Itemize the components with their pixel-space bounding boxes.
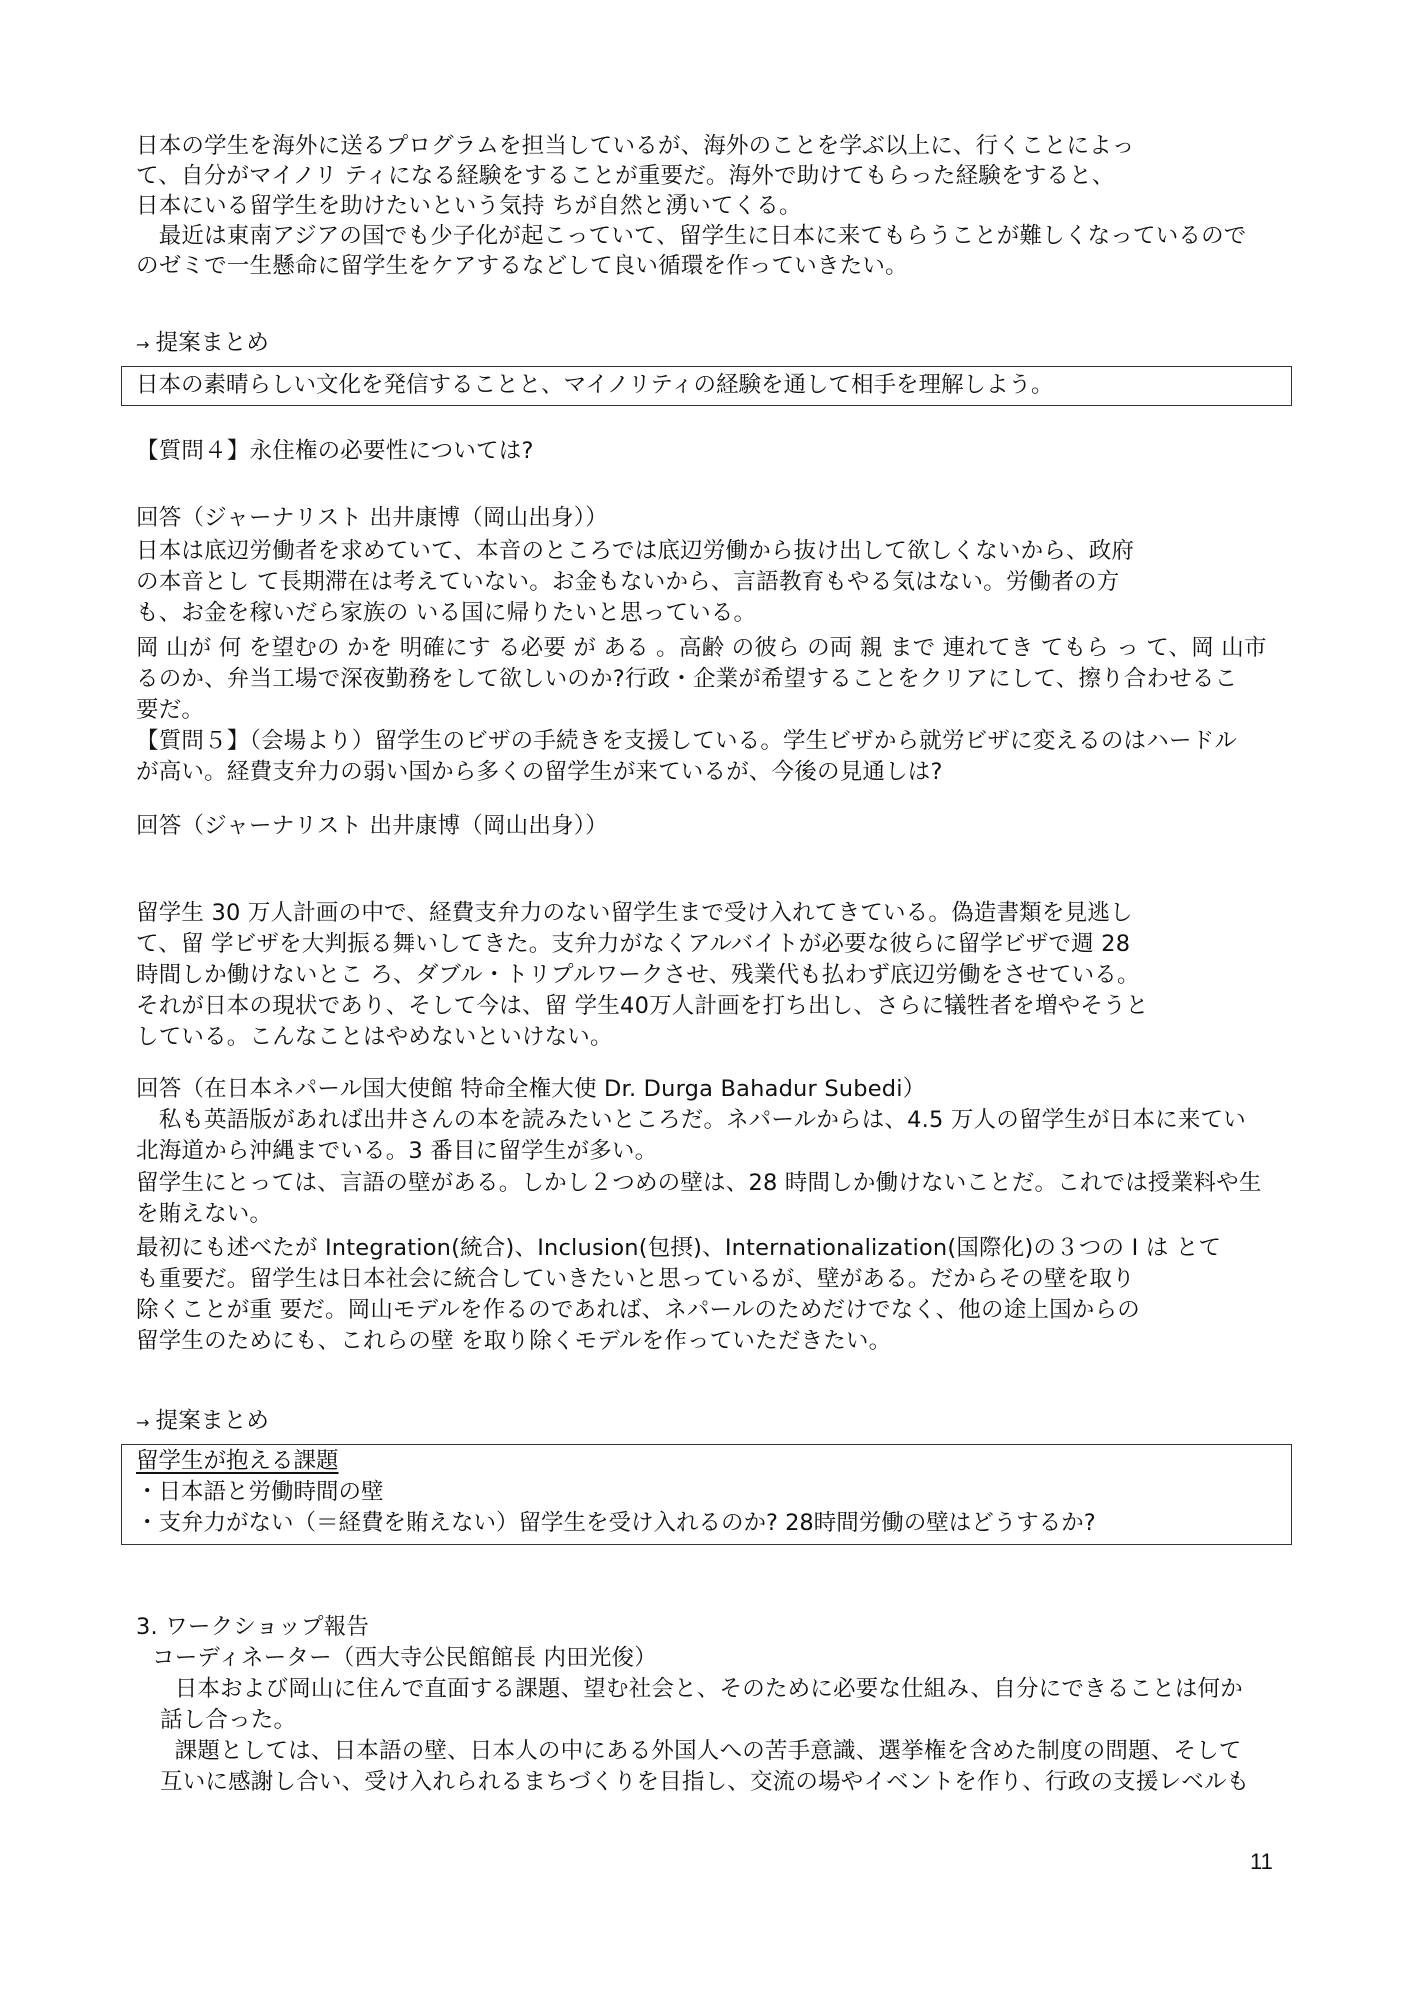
answer-label: 回答（ジャーナリスト 出井康博（岡山出身）） — [136, 811, 608, 841]
summary-heading-label: 提案まとめ — [156, 330, 270, 356]
paragraph-line: 日本および岡山に住んで直面する課題、望む社会と、そのために必要な仕組み、自分にで… — [152, 1674, 1243, 1704]
paragraph-line: 話し合った。 — [160, 1705, 296, 1735]
answer-label: 回答（在日本ネパール国大使館 特命全権大使 Dr. Durga Bahadur … — [136, 1074, 925, 1104]
question-title: 【質問４】永住権の必要性については? — [136, 436, 534, 466]
paragraph-line: 岡 山が 何 を望むの かを 明確にす る必要 が ある 。高齢 の彼ら の両 … — [136, 633, 1267, 663]
paragraph-line: て、留 学ビザを大判振る舞いしてきた。支弁力がなくアルバイトが必要な彼らに留学ビ… — [136, 929, 1130, 959]
summary-heading: →提案まとめ — [136, 328, 269, 360]
question-title: が高い。経費支弁力の弱い国から多くの留学生が来ているが、今後の見通しは? — [136, 757, 943, 787]
paragraph-line: て、自分がマイノリ ティになる経験をすることが重要だ。海外で助けてもらった経験を… — [136, 161, 1115, 191]
answer-label: 回答（ジャーナリスト 出井康博（岡山出身）） — [136, 503, 608, 533]
paragraph-line: 時間しか働けないとこ ろ、ダブル・トリプルワークさせ、残業代も払わず底辺労働をさ… — [136, 960, 1140, 990]
paragraph-line: 留学生のためにも、これらの壁 を取り除くモデルを作っていただきたい。 — [136, 1326, 891, 1356]
paragraph-line: のゼミで一生懸命に留学生をケアするなどして良い循環を作っていきたい。 — [136, 251, 908, 281]
summary-box-item: ・日本語と労働時間の壁 — [122, 1477, 1291, 1507]
summary-box: 留学生が抱える課題 ・日本語と労働時間の壁 ・支弁力がない（＝経費を賄えない）留… — [121, 1444, 1292, 1545]
paragraph-line: 日本は底辺労働者を求めていて、本音のところでは底辺労働から抜け出して欲しくないか… — [136, 536, 1134, 566]
paragraph-line: 留学生にとっては、言語の壁がある。しかし２つめの壁は、28 時間しか働けないこと… — [136, 1168, 1262, 1198]
summary-box-title: 留学生が抱える課題 — [122, 1446, 1291, 1476]
section-heading: 3. ワークショップ報告 — [136, 1612, 369, 1642]
paragraph-line: 留学生 30 万人計画の中で、経費支弁力のない留学生まで受け入れてきている。偽造… — [136, 898, 1133, 928]
paragraph-line: 私も英語版があれば出井さんの本を読みたいところだ。ネパールからは、4.5 万人の… — [136, 1105, 1246, 1135]
paragraph-line: 課題としては、日本語の壁、日本人の中にある外国人への苦手意識、選挙権を含めた制度… — [152, 1736, 1242, 1766]
paragraph-line: 除くことが重 要だ。岡山モデルを作るのであれば、ネパールのためだけでなく、他の途… — [136, 1295, 1140, 1325]
arrow-right-icon: → — [136, 1413, 150, 1432]
summary-box-item: ・支弁力がない（＝経費を賄えない）留学生を受け入れるのか? 28時間労働の壁はど… — [122, 1508, 1291, 1538]
question-title: 【質問５】（会場より）留学生のビザの手続きを支援している。学生ビザから就労ビザに… — [136, 726, 1237, 756]
paragraph-line: を賄えない。 — [136, 1199, 272, 1229]
paragraph-line: 日本にいる留学生を助けたいという気持 ちが自然と湧いてくる。 — [136, 191, 802, 221]
document-page: 日本の学生を海外に送るプログラムを担当しているが、海外のことを学ぶ以上に、行くこ… — [0, 0, 1414, 2000]
paragraph-line: も重要だ。留学生は日本社会に統合していきたいと思っているが、壁がある。だからその… — [136, 1264, 1135, 1294]
summary-box-text: 日本の素晴らしい文化を発信することと、マイノリティの経験を通して相手を理解しよう… — [122, 370, 1291, 400]
summary-box: 日本の素晴らしい文化を発信することと、マイノリティの経験を通して相手を理解しよう… — [121, 366, 1292, 406]
paragraph-line: 最初にも述べたが Integration(統合)、Inclusion(包摂)、I… — [136, 1233, 1221, 1263]
summary-heading: →提案まとめ — [136, 1406, 269, 1438]
paragraph-line: 要だ。 — [136, 695, 204, 725]
page-number: 11 — [1250, 1847, 1273, 1877]
paragraph-line: それが日本の現状であり、そして今は、留 学生40万人計画を打ち出し、さらに犠牲者… — [136, 991, 1149, 1021]
paragraph-line: 最近は東南アジアの国でも少子化が起こっていて、留学生に日本に来てもらうことが難し… — [136, 221, 1247, 251]
coordinator-label: コーディネーター（西大寺公民館館長 内田光俊） — [152, 1643, 657, 1673]
paragraph-line: も、お金を稼いだら家族の いる国に帰りたいと思っている。 — [136, 598, 756, 628]
paragraph-line: 北海道から沖縄までいる。3 番目に留学生が多い。 — [136, 1136, 657, 1166]
summary-heading-label: 提案まとめ — [156, 1408, 270, 1434]
paragraph-line: 互いに感謝し合い、受け入れられるまちづくりを目指し、交流の場やイベントを作り、行… — [160, 1767, 1249, 1797]
paragraph-line: している。こんなことはやめないといけない。 — [136, 1022, 613, 1052]
paragraph-line: 日本の学生を海外に送るプログラムを担当しているが、海外のことを学ぶ以上に、行くこ… — [136, 131, 1135, 161]
arrow-right-icon: → — [136, 335, 150, 354]
paragraph-line: の本音とし て長期滞在は考えていない。お金もないから、言語教育もやる気はない。労… — [136, 567, 1119, 597]
paragraph-line: るのか、弁当工場で深夜勤務をして欲しいのか?行政・企業が希望することをクリアにし… — [136, 664, 1237, 694]
